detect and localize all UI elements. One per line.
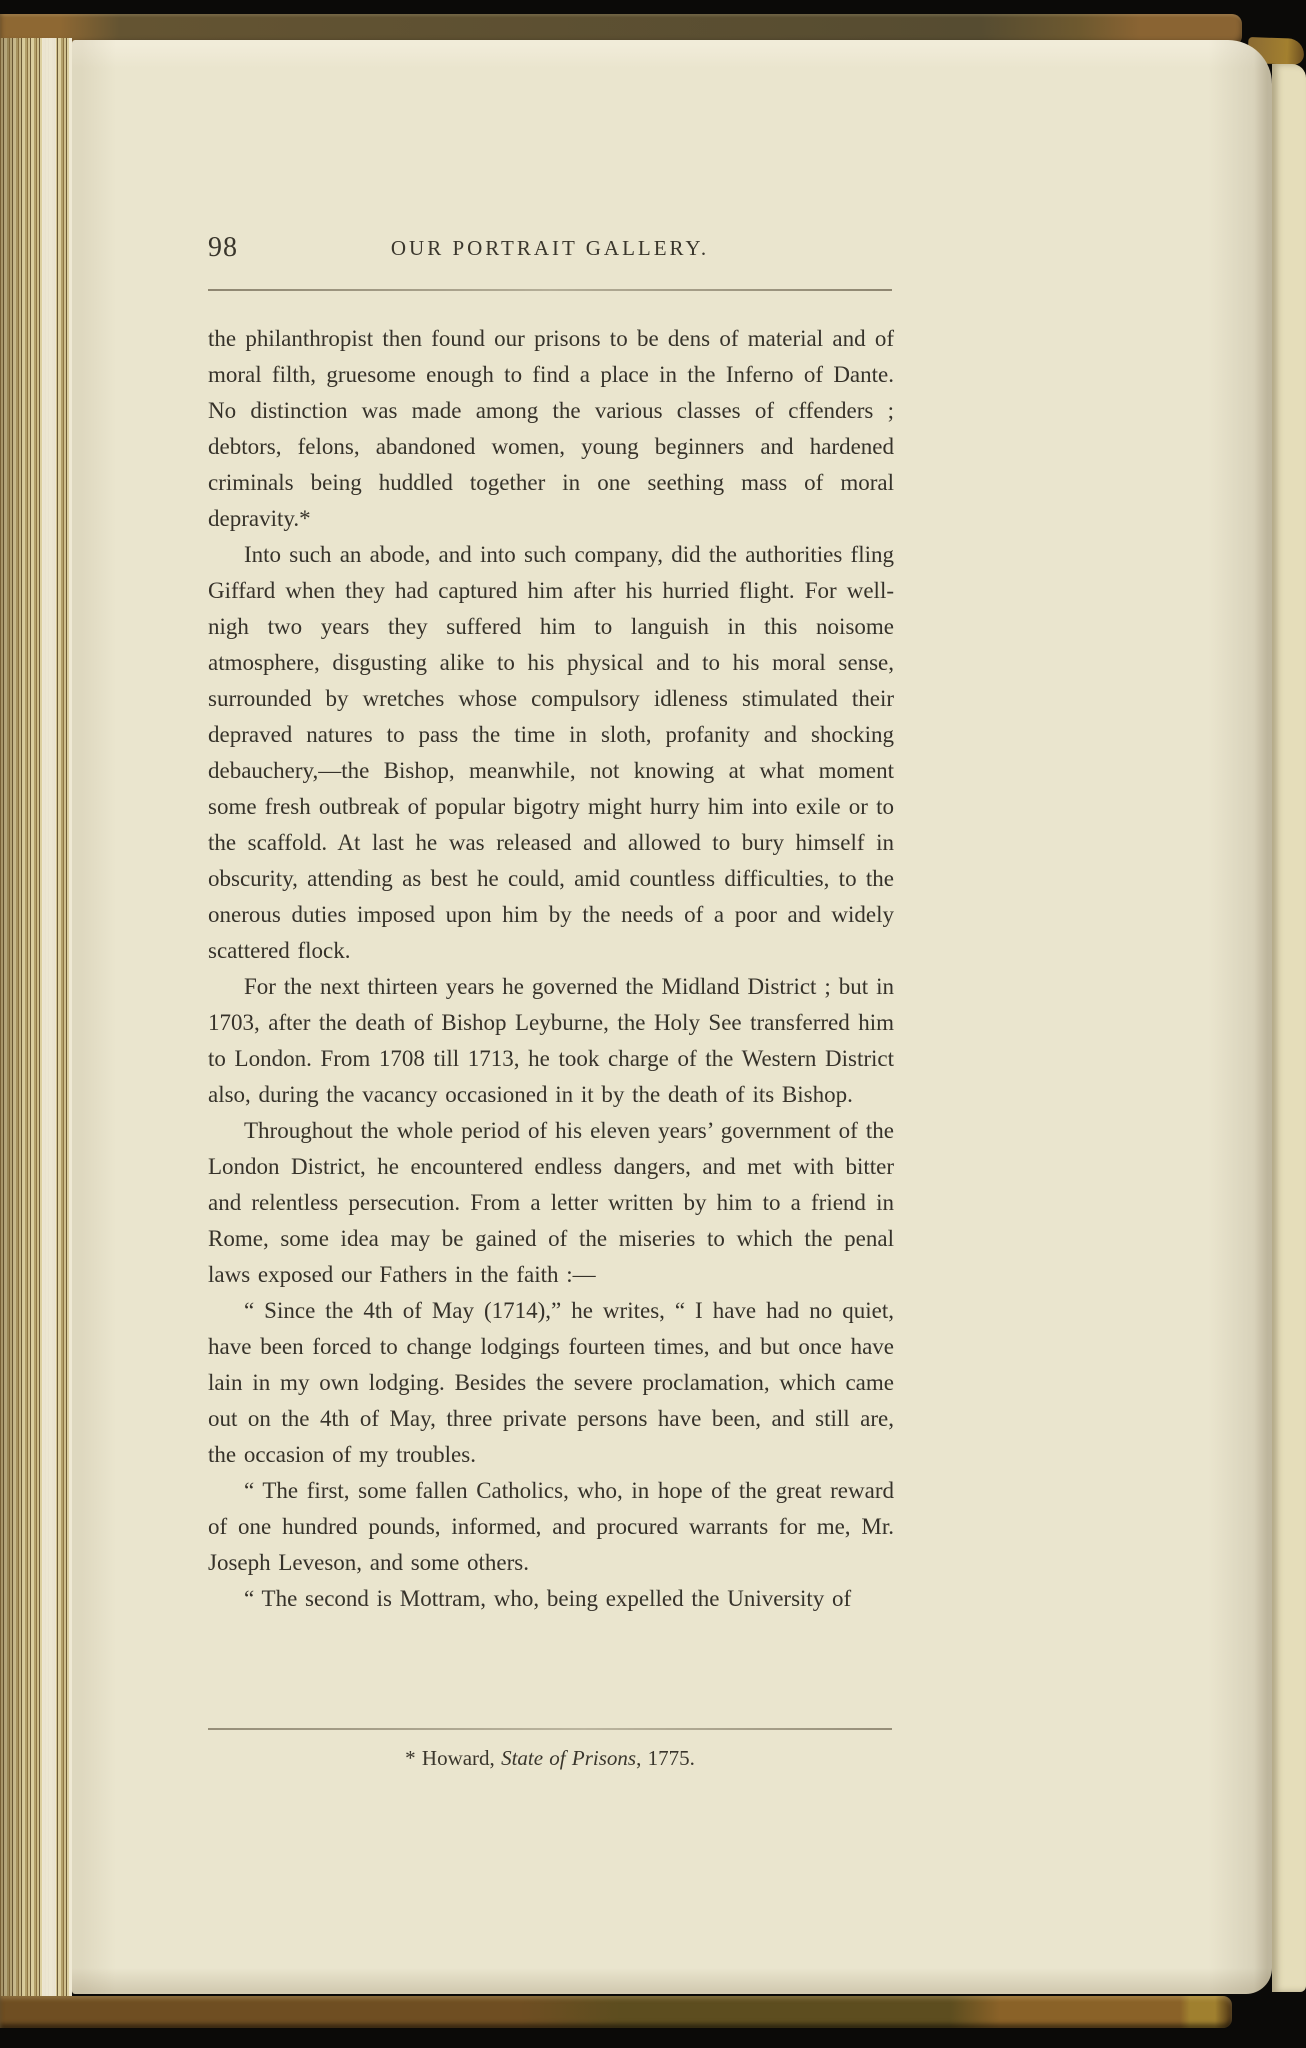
header-rule — [208, 289, 892, 291]
paragraph-2: Into such an abode, and into such compan… — [208, 537, 894, 969]
paragraph-7: “ The second is Mottram, who, being expe… — [208, 1581, 894, 1617]
page-header: 98 OUR PORTRAIT GALLERY. — [208, 232, 892, 266]
facing-page-edge — [1272, 64, 1306, 1992]
paragraph-5: “ Since the 4th of May (1714),” he write… — [208, 1293, 894, 1473]
footnote-year: , 1775. — [636, 1746, 695, 1770]
paragraph-4: Throughout the whole period of his eleve… — [208, 1113, 894, 1293]
book-page: 98 OUR PORTRAIT GALLERY. the philanthrop… — [72, 40, 1272, 1994]
paragraph-6: “ The first, some fallen Catholics, who,… — [208, 1473, 894, 1581]
footnote-work-title: State of Prisons — [501, 1746, 636, 1770]
running-title: OUR PORTRAIT GALLERY. — [208, 236, 892, 261]
footnote-author: * Howard, — [405, 1746, 501, 1770]
paragraph-3: For the next thirteen years he governed … — [208, 969, 894, 1113]
book-cover-bottom-edge — [0, 1996, 1232, 2028]
page-fore-edge-stack — [0, 38, 72, 1996]
footnote: * Howard, State of Prisons, 1775. — [208, 1746, 892, 1771]
paragraph-1: the philanthropist then found our prison… — [208, 321, 894, 537]
footnote-rule — [208, 1728, 892, 1730]
body-text: the philanthropist then found our prison… — [208, 321, 894, 1617]
